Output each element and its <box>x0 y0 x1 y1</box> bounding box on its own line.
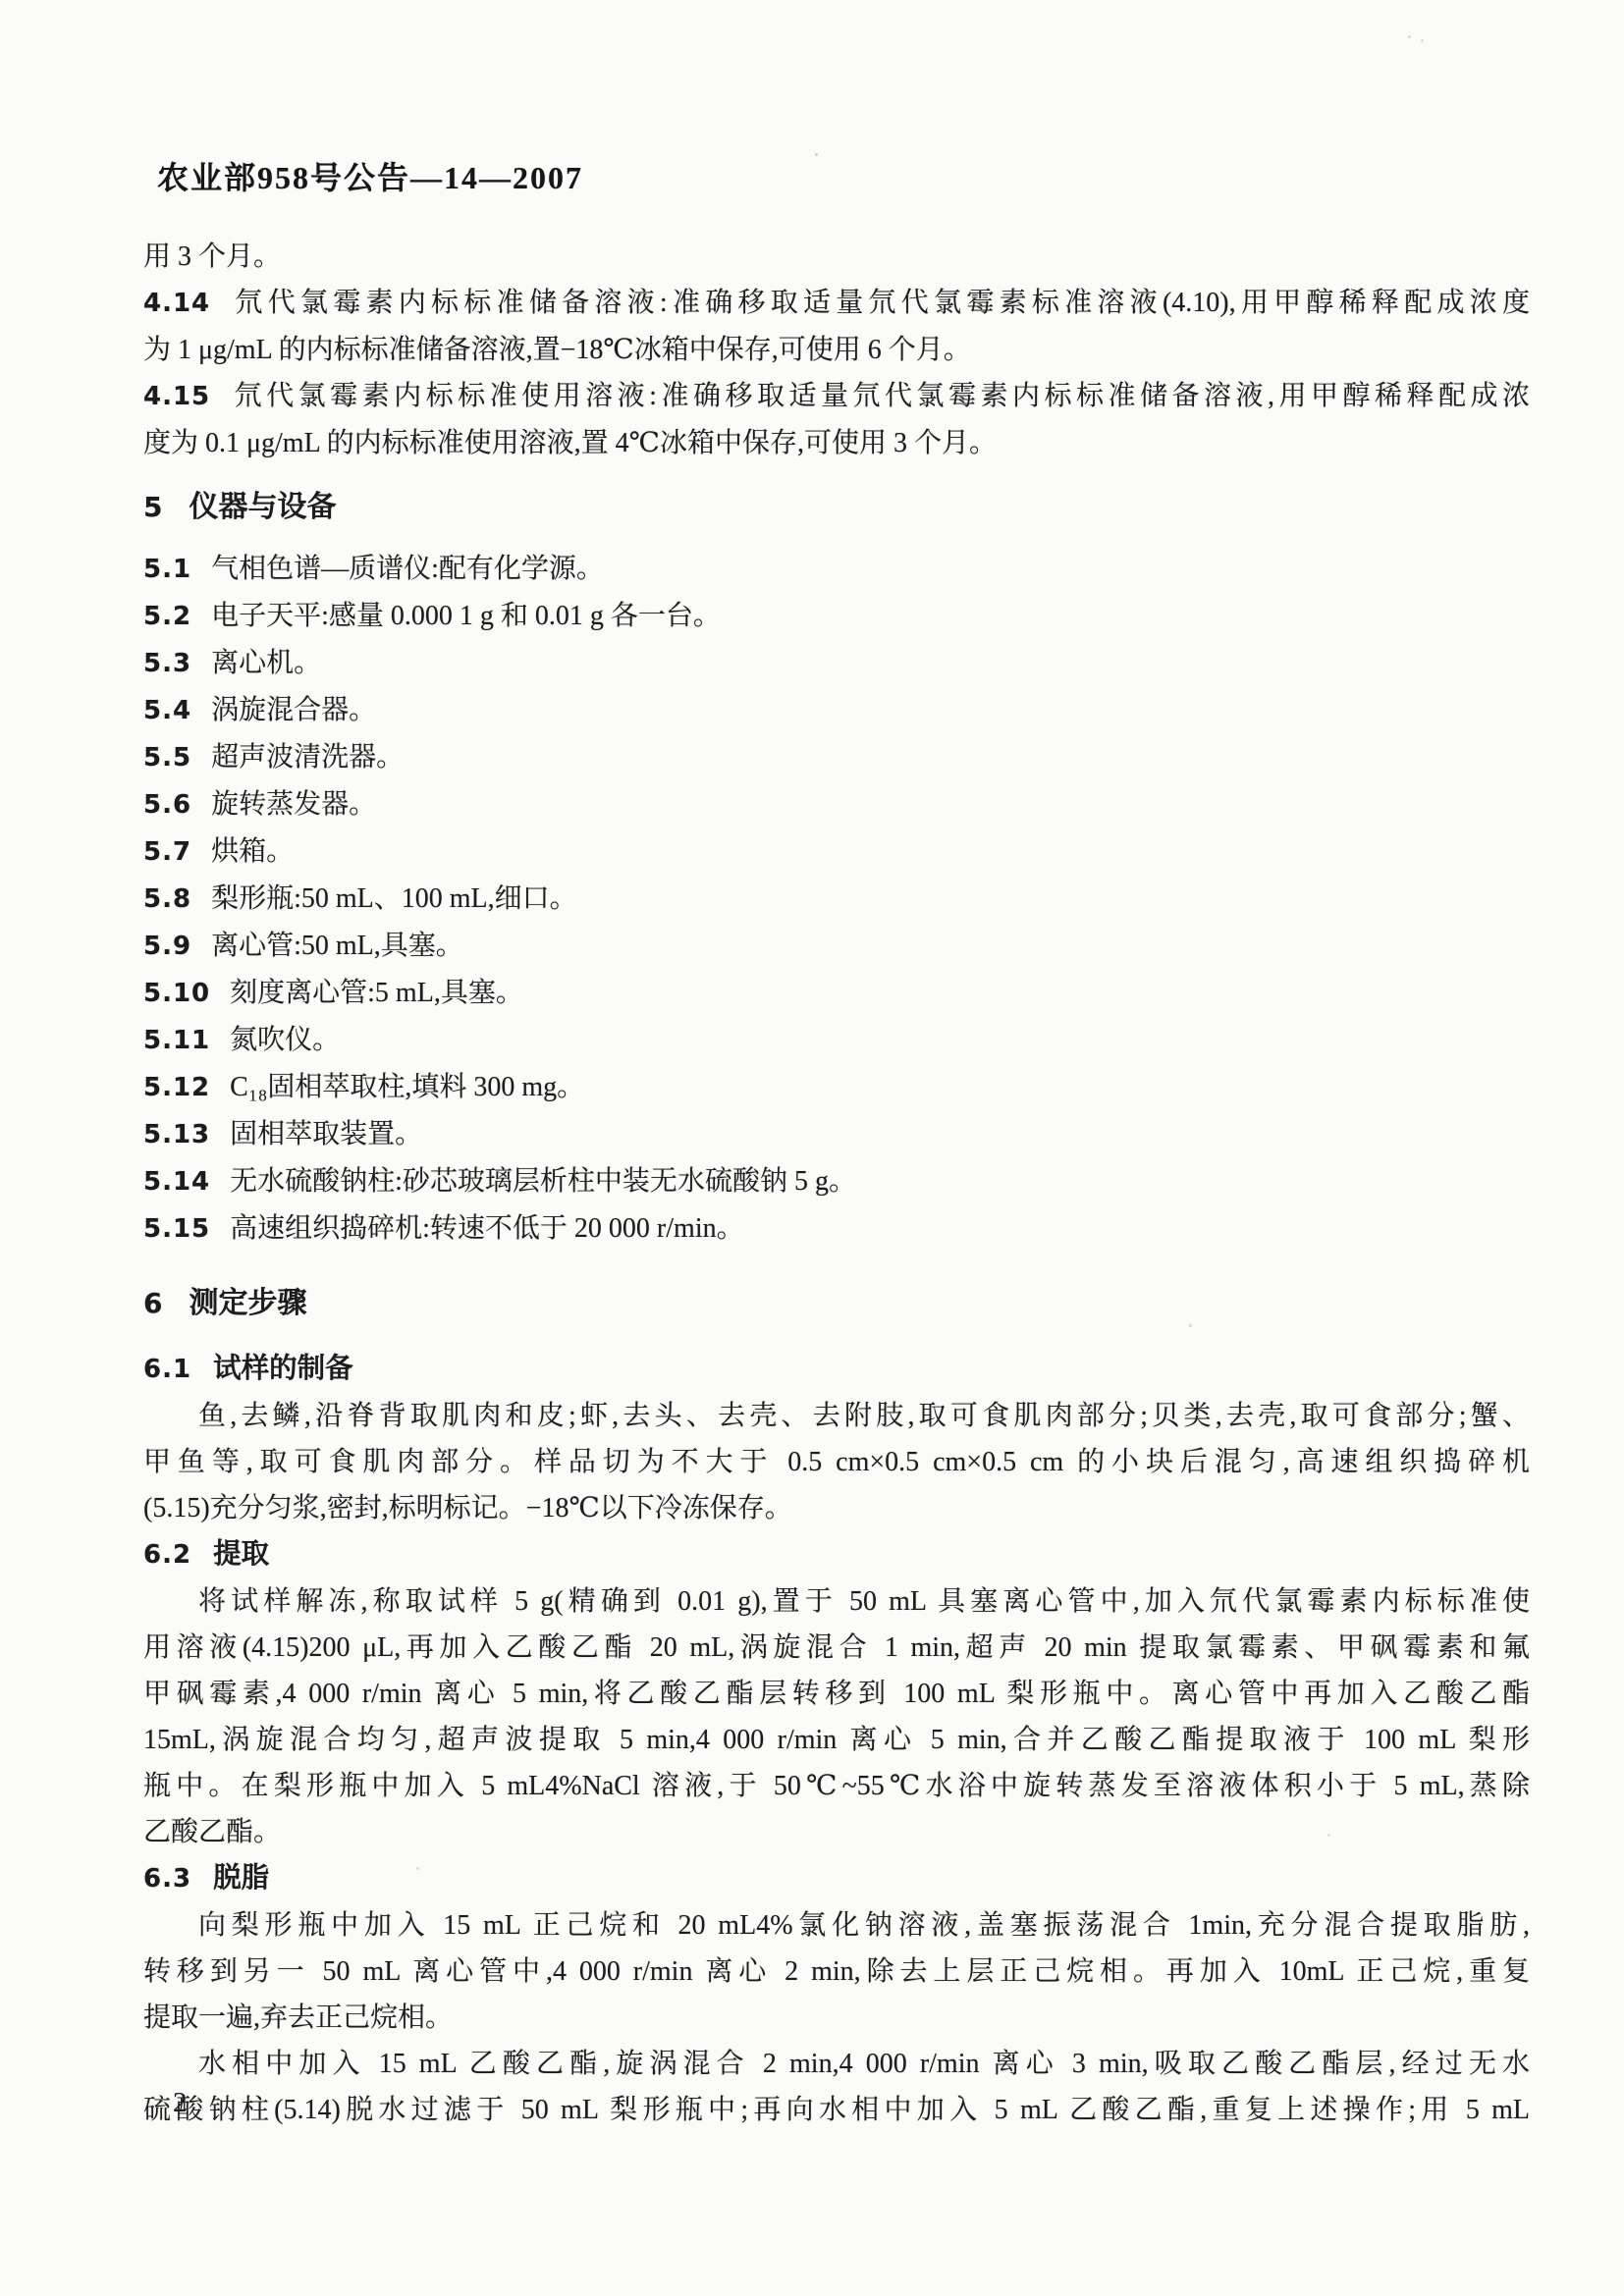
line-text: 梨形瓶:50 mL、100 mL,细口。 <box>211 883 577 914</box>
line-text: 离心机。 <box>211 648 321 678</box>
line-text: 电子天平:感量 0.000 1 g 和 0.01 g 各一台。 <box>211 601 721 631</box>
clause-number: 5.12 <box>143 1073 210 1102</box>
clause-number: 5.8 <box>143 884 191 914</box>
clause-title: 脱脂 <box>213 1863 269 1894</box>
text-line: 提取一遍,弃去正己烷相。 <box>143 1995 1530 2041</box>
clause-6-1-heading: 6.1试样的制备 <box>143 1346 1530 1393</box>
section-title: 仪器与设备 <box>189 491 336 523</box>
page-number: 2 <box>173 2087 188 2119</box>
line-text: 向梨形瓶中加入 15 mL 正己烷和 20 mL4%氯化钠溶液,盖塞振荡混合 1… <box>198 1910 1530 1941</box>
clause-4-14: 4.14氘代氯霉素内标标准储备溶液:准确移取适量氘代氯霉素标准溶液(4.10),… <box>143 280 1530 327</box>
clause-6-3-heading: 6.3脱脂 <box>143 1855 1530 1902</box>
section-number: 6 <box>143 1287 163 1319</box>
clause-5-7: 5.7烘箱。 <box>143 828 1530 876</box>
line-text: 无水硫酸钠柱:砂芯玻璃层析柱中装无水硫酸钠 5 g。 <box>230 1166 856 1197</box>
text-line: 鱼,去鳞,沿脊背取肌肉和皮;虾,去头、去壳、去附肢,取可食肌肉部分;贝类,去壳,… <box>143 1393 1530 1439</box>
clause-5-10: 5.10刻度离心管:5 mL,具塞。 <box>143 970 1530 1017</box>
text-line: 度为 0.1 μg/mL 的内标标准使用溶液,置 4℃冰箱中保存,可使用 3 个… <box>143 420 1530 466</box>
section-6-heading: 6测定步骤 <box>143 1280 1530 1326</box>
text-line: 15mL,涡旋混合均匀,超声波提取 5 min,4 000 r/min 离心 5… <box>143 1717 1530 1763</box>
clause-number: 6.3 <box>143 1864 191 1894</box>
clause-number: 5.3 <box>143 649 191 678</box>
clause-number: 5.5 <box>143 743 191 773</box>
text-line: 水相中加入 15 mL 乙酸乙酯,旋涡混合 2 min,4 000 r/min … <box>143 2041 1530 2087</box>
clause-title: 试样的制备 <box>213 1354 353 1384</box>
line-text: 固相萃取装置。 <box>230 1119 422 1149</box>
line-text: 度为 0.1 μg/mL 的内标标准使用溶液,置 4℃冰箱中保存,可使用 3 个… <box>143 428 997 458</box>
line-text: 将试样解冻,称取试样 5 g(精确到 0.01 g),置于 50 mL 具塞离心… <box>198 1586 1530 1617</box>
line-text: 气相色谱—质谱仪:配有化学源。 <box>211 554 604 584</box>
clause-5-6: 5.6旋转蒸发器。 <box>143 781 1530 828</box>
text-line: 向梨形瓶中加入 15 mL 正己烷和 20 mL4%氯化钠溶液,盖塞振荡混合 1… <box>143 1902 1530 1949</box>
text-line: 为 1 μg/mL 的内标标准储备溶液,置−18℃冰箱中保存,可使用 6 个月。 <box>143 327 1530 373</box>
clause-number: 4.14 <box>143 289 210 318</box>
clause-6-2-heading: 6.2提取 <box>143 1531 1530 1578</box>
clause-number: 5.4 <box>143 696 191 725</box>
line-text: 涡旋混合器。 <box>211 695 376 725</box>
line-text: 用溶液(4.15)200 μL,再加入乙酸乙酯 20 mL,涡旋混合 1 min… <box>143 1632 1530 1663</box>
clause-number: 5.11 <box>143 1026 210 1055</box>
line-text: 转移到另一 50 mL 离心管中,4 000 r/min 离心 2 min,除去… <box>143 1956 1530 1987</box>
text-line: 用溶液(4.15)200 μL,再加入乙酸乙酯 20 mL,涡旋混合 1 min… <box>143 1625 1530 1671</box>
clause-number: 5.13 <box>143 1120 210 1149</box>
clause-5-3: 5.3离心机。 <box>143 640 1530 687</box>
clause-5-14: 5.14无水硫酸钠柱:砂芯玻璃层析柱中装无水硫酸钠 5 g。 <box>143 1158 1530 1205</box>
line-text: 硫酸钠柱(5.14)脱水过滤于 50 mL 梨形瓶中;再向水相中加入 5 mL … <box>143 2095 1530 2125</box>
line-text: 氮吹仪。 <box>230 1025 340 1055</box>
line-text: 为 1 μg/mL 的内标标准储备溶液,置−18℃冰箱中保存,可使用 6 个月。 <box>143 335 971 365</box>
line-text: 用 3 个月。 <box>143 241 281 272</box>
line-text: 提取一遍,弃去正己烷相。 <box>143 2002 453 2033</box>
clause-4-15: 4.15氘代氯霉素内标标准使用溶液:准确移取适量氘代氯霉素内标标准储备溶液,用甲… <box>143 373 1530 420</box>
line-text: 15mL,涡旋混合均匀,超声波提取 5 min,4 000 r/min 离心 5… <box>143 1725 1530 1755</box>
document-body: 用 3 个月。 4.14氘代氯霉素内标标准储备溶液:准确移取适量氘代氯霉素标准溶… <box>143 234 1530 2133</box>
line-text: 乙酸乙酯。 <box>143 1817 281 1847</box>
line-text: 超声波清洗器。 <box>211 742 404 773</box>
section-5-heading: 5仪器与设备 <box>143 484 1530 530</box>
clause-number: 5.14 <box>143 1167 210 1197</box>
section-title: 测定步骤 <box>189 1287 306 1319</box>
clause-number: 5.10 <box>143 979 210 1008</box>
line-text: C₁₈固相萃取柱,填料 300 mg。 <box>230 1072 584 1102</box>
clause-number: 5.15 <box>143 1214 210 1244</box>
line-text: (5.15)充分匀浆,密封,标明标记。−18℃以下冷冻保存。 <box>143 1493 792 1523</box>
document-header: 农业部958号公告—14—2007 <box>157 153 583 198</box>
clause-5-12: 5.12C₁₈固相萃取柱,填料 300 mg。 <box>143 1064 1530 1111</box>
clause-5-11: 5.11氮吹仪。 <box>143 1017 1530 1064</box>
line-text: 烘箱。 <box>211 836 294 867</box>
clause-5-5: 5.5超声波清洗器。 <box>143 734 1530 781</box>
clause-number: 5.1 <box>143 555 191 584</box>
clause-5-2: 5.2电子天平:感量 0.000 1 g 和 0.01 g 各一台。 <box>143 593 1530 640</box>
line-text: 水相中加入 15 mL 乙酸乙酯,旋涡混合 2 min,4 000 r/min … <box>198 2049 1530 2079</box>
clause-5-1: 5.1气相色谱—质谱仪:配有化学源。 <box>143 546 1530 593</box>
clause-number: 5.9 <box>143 932 191 961</box>
line-text: 刻度离心管:5 mL,具塞。 <box>230 978 523 1008</box>
clause-5-9: 5.9离心管:50 mL,具塞。 <box>143 923 1530 970</box>
clause-5-13: 5.13固相萃取装置。 <box>143 1111 1530 1158</box>
text-line: 甲鱼等,取可食肌肉部分。样品切为不大于 0.5 cm×0.5 cm×0.5 cm… <box>143 1439 1530 1485</box>
clause-number: 4.15 <box>143 382 210 411</box>
document-page: 农业部958号公告—14—2007 用 3 个月。 4.14氘代氯霉素内标标准储… <box>0 0 1624 2296</box>
line-text: 甲鱼等,取可食肌肉部分。样品切为不大于 0.5 cm×0.5 cm×0.5 cm… <box>143 1447 1530 1477</box>
text-line: 硫酸钠柱(5.14)脱水过滤于 50 mL 梨形瓶中;再向水相中加入 5 mL … <box>143 2087 1530 2133</box>
text-line: 用 3 个月。 <box>143 234 1530 280</box>
scan-noise <box>815 153 818 156</box>
line-text: 瓶中。在梨形瓶中加入 5 mL4%NaCl 溶液,于 50℃~55℃水浴中旋转蒸… <box>143 1771 1530 1801</box>
text-line: 将试样解冻,称取试样 5 g(精确到 0.01 g),置于 50 mL 具塞离心… <box>143 1578 1530 1625</box>
text-line: 乙酸乙酯。 <box>143 1809 1530 1855</box>
clause-number: 5.2 <box>143 602 191 631</box>
text-line: (5.15)充分匀浆,密封,标明标记。−18℃以下冷冻保存。 <box>143 1485 1530 1531</box>
clause-number: 5.6 <box>143 790 191 820</box>
section-number: 5 <box>143 491 163 523</box>
line-text: 甲砜霉素,4 000 r/min 离心 5 min,将乙酸乙酯层转移到 100 … <box>143 1679 1530 1709</box>
line-text: 高速组织捣碎机:转速不低于 20 000 r/min。 <box>230 1213 743 1244</box>
clause-number: 6.1 <box>143 1355 191 1384</box>
clause-5-8: 5.8梨形瓶:50 mL、100 mL,细口。 <box>143 876 1530 923</box>
line-text: 离心管:50 mL,具塞。 <box>211 931 463 961</box>
clause-5-15: 5.15高速组织捣碎机:转速不低于 20 000 r/min。 <box>143 1205 1530 1253</box>
text-line: 甲砜霉素,4 000 r/min 离心 5 min,将乙酸乙酯层转移到 100 … <box>143 1671 1530 1717</box>
clause-number: 5.7 <box>143 837 191 867</box>
clause-title: 提取 <box>213 1539 269 1570</box>
clause-number: 6.2 <box>143 1540 191 1570</box>
line-text: 鱼,去鳞,沿脊背取肌肉和皮;虾,去头、去壳、去附肢,取可食肌肉部分;贝类,去壳,… <box>198 1401 1530 1431</box>
line-text: 旋转蒸发器。 <box>211 789 376 820</box>
text-line: 转移到另一 50 mL 离心管中,4 000 r/min 离心 2 min,除去… <box>143 1949 1530 1995</box>
line-text: 氘代氯霉素内标标准储备溶液:准确移取适量氘代氯霉素标准溶液(4.10),用甲醇稀… <box>230 288 1530 318</box>
clause-5-4: 5.4涡旋混合器。 <box>143 687 1530 734</box>
text-line: 瓶中。在梨形瓶中加入 5 mL4%NaCl 溶液,于 50℃~55℃水浴中旋转蒸… <box>143 1763 1530 1809</box>
line-text: 氘代氯霉素内标标准使用溶液:准确移取适量氘代氯霉素内标标准储备溶液,用甲醇稀释配… <box>230 381 1530 411</box>
